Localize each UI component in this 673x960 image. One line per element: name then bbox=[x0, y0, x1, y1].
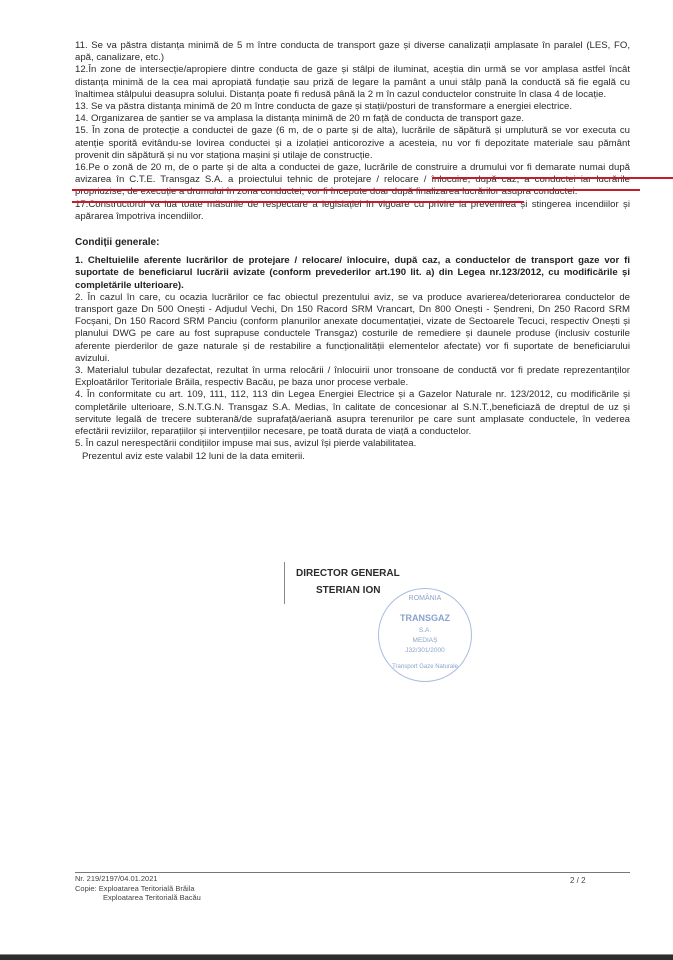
signature-margin-line bbox=[284, 562, 285, 604]
viewer-bottom-bar bbox=[0, 954, 673, 960]
red-underline-1 bbox=[432, 177, 673, 179]
stamp-top-text: ROMÂNIA bbox=[379, 595, 471, 602]
stamp-company: TRANSGAZ bbox=[379, 613, 471, 623]
general-condition-3: 3. Materialul tubular dezafectat, rezult… bbox=[75, 365, 630, 389]
copy-recipient-2: Exploatarea Teritorială Bacău bbox=[75, 893, 201, 903]
red-underline-3 bbox=[72, 201, 524, 203]
page-number: 2 / 2 bbox=[570, 876, 586, 885]
clause-11: 11. Se va păstra distanța minimă de 5 m … bbox=[75, 40, 630, 64]
copy-recipient-1: Copie: Exploatarea Teritorială Brăila bbox=[75, 884, 201, 894]
general-condition-2: 2. În cazul în care, cu ocazia lucrărilo… bbox=[75, 292, 630, 365]
signatory-title: DIRECTOR GENERAL bbox=[296, 565, 400, 582]
document-number: Nr. 219/2197/04.01.2021 bbox=[75, 874, 201, 884]
validity-note: Prezentul aviz este valabil 12 luni de l… bbox=[75, 451, 630, 463]
stamp-city: MEDIAȘ bbox=[379, 637, 471, 644]
red-underline-2 bbox=[72, 189, 640, 191]
clause-13: 13. Se va păstra distanța minimă de 20 m… bbox=[75, 101, 630, 113]
document-body: 11. Se va păstra distanța minimă de 5 m … bbox=[75, 40, 630, 463]
footer: Nr. 219/2197/04.01.2021 Copie: Exploatar… bbox=[75, 874, 201, 903]
clause-16: 16.Pe o zonă de 20 m, de o parte și de a… bbox=[75, 162, 630, 199]
general-condition-5: 5. În cazul nerespectării condițiilor im… bbox=[75, 438, 630, 450]
clause-15: 15. În zona de protecție a conductei de … bbox=[75, 125, 630, 162]
signature-block: DIRECTOR GENERAL STERIAN ION bbox=[296, 565, 400, 599]
stamp-bottom-text: Transport Gaze Naturale bbox=[379, 664, 471, 670]
clause-12: 12.În zone de intersecție/apropiere dint… bbox=[75, 64, 630, 101]
general-conditions-heading: Condiții generale: bbox=[75, 237, 630, 249]
document-page: 11. Se va păstra distanța minimă de 5 m … bbox=[0, 0, 673, 960]
stamp-sa: S.A. bbox=[379, 627, 471, 634]
footer-divider bbox=[75, 872, 630, 873]
general-condition-1: 1. Cheltuielile aferente lucrărilor de p… bbox=[75, 255, 630, 292]
stamp-registration: J32/301/2000 bbox=[379, 647, 471, 654]
clause-14: 14. Organizarea de șantier se va amplasa… bbox=[75, 113, 630, 125]
company-stamp: ROMÂNIA TRANSGAZ S.A. MEDIAȘ J32/301/200… bbox=[378, 588, 472, 682]
general-condition-4: 4. În conformitate cu art. 109, 111, 112… bbox=[75, 389, 630, 438]
